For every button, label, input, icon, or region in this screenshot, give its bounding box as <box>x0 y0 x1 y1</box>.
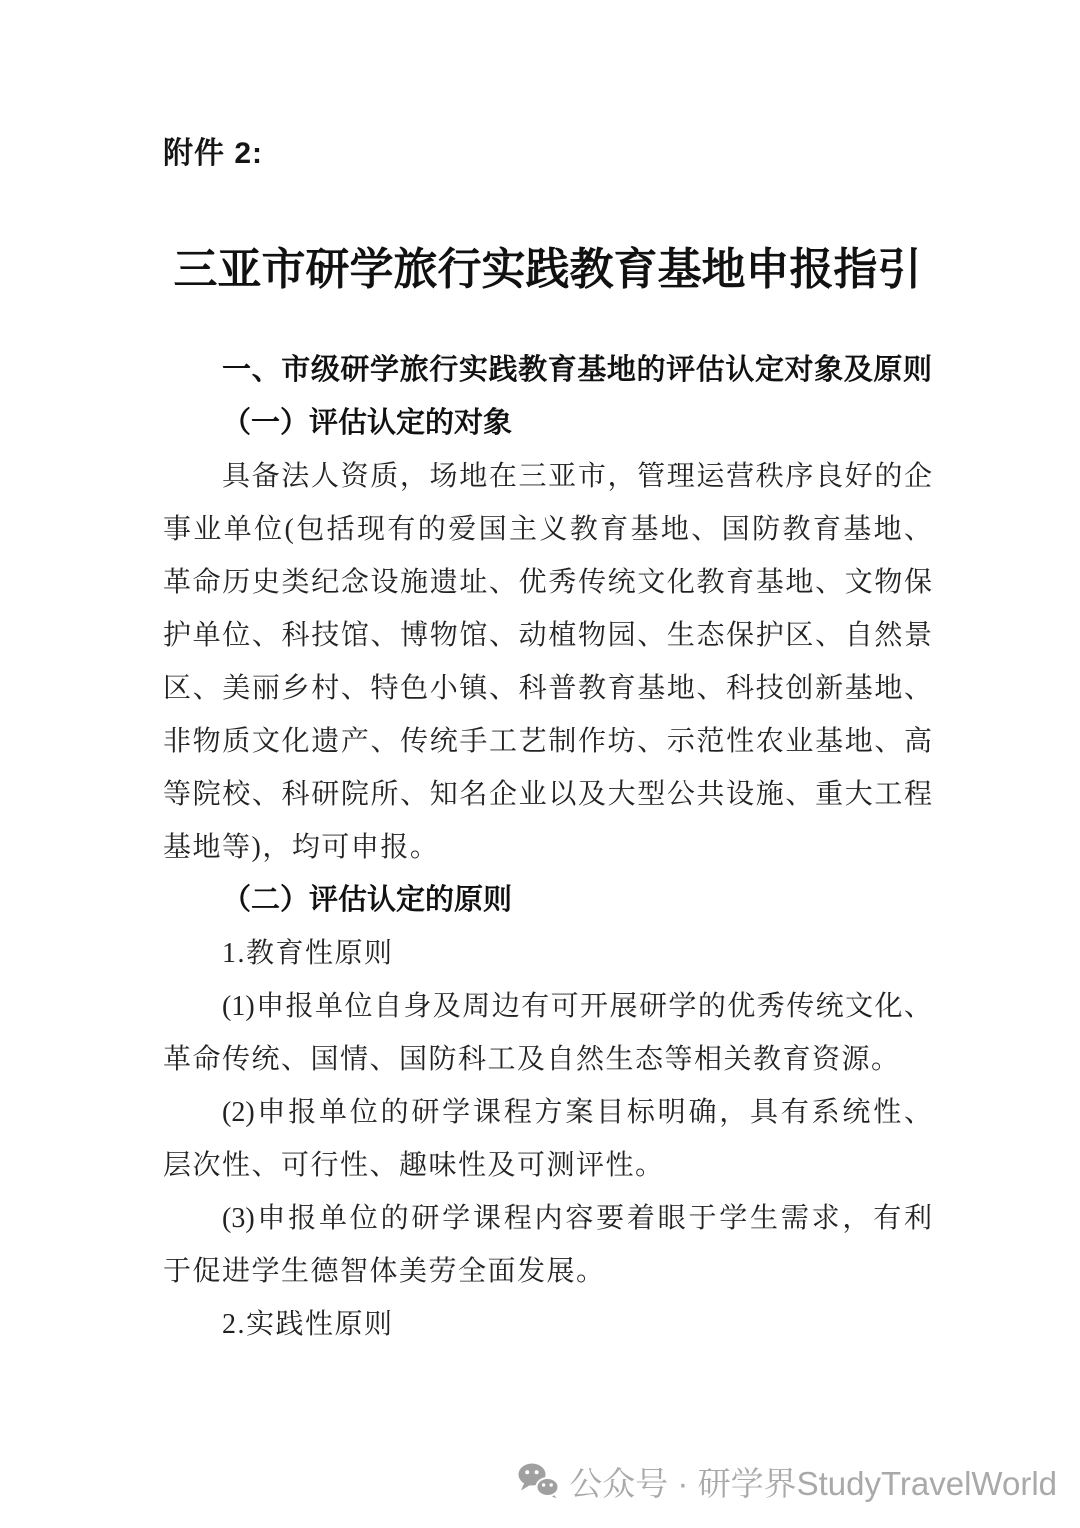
page-title: 三亚市研学旅行实践教育基地申报指引 <box>163 242 932 298</box>
text-line: （二）评估认定的原则 <box>163 874 932 927</box>
text-line: (2)申报单位的研学课程方案目标明确，具有系统性、 <box>163 1086 932 1139</box>
text-line: 事业单位(包括现有的爱国主义教育基地、国防教育基地、 <box>163 503 932 556</box>
text-line: (3)申报单位的研学课程内容要着眼于学生需求，有利 <box>163 1192 932 1245</box>
text-line: 2.实践性原则 <box>163 1298 932 1351</box>
watermark-text: 公众号 · 研学界StudyTravelWorld <box>569 1458 1057 1505</box>
document-page: 附件 2: 三亚市研学旅行实践教育基地申报指引 一、市级研学旅行实践教育基地的评… <box>0 0 1080 1528</box>
document-body: 一、市级研学旅行实践教育基地的评估认定对象及原则（一）评估认定的对象具备法人资质… <box>163 344 932 1351</box>
watermark: 公众号 · 研学界StudyTravelWorld <box>518 1458 1057 1504</box>
text-line: 具备法人资质，场地在三亚市，管理运营秩序良好的企 <box>163 450 932 503</box>
text-line: 区、美丽乡村、特色小镇、科普教育基地、科技创新基地、 <box>163 662 932 715</box>
text-line: (1)申报单位自身及周边有可开展研学的优秀传统文化、 <box>163 980 932 1033</box>
text-line: 等院校、科研院所、知名企业以及大型公共设施、重大工程 <box>163 768 932 821</box>
text-line: 革命传统、国情、国防科工及自然生态等相关教育资源。 <box>163 1033 932 1086</box>
attachment-label: 附件 2: <box>163 134 263 174</box>
text-line: 于促进学生德智体美劳全面发展。 <box>163 1245 932 1298</box>
text-line: 一、市级研学旅行实践教育基地的评估认定对象及原则 <box>163 344 932 397</box>
text-line: 革命历史类纪念设施遗址、优秀传统文化教育基地、文物保 <box>163 556 932 609</box>
text-line: 非物质文化遗产、传统手工艺制作坊、示范性农业基地、高 <box>163 715 932 768</box>
text-line: 基地等)，均可申报。 <box>163 821 932 874</box>
wechat-icon <box>518 1463 560 1506</box>
text-line: （一）评估认定的对象 <box>163 397 932 450</box>
text-line: 层次性、可行性、趣味性及可测评性。 <box>163 1139 932 1192</box>
text-line: 护单位、科技馆、博物馆、动植物园、生态保护区、自然景 <box>163 609 932 662</box>
text-line: 1.教育性原则 <box>163 927 932 980</box>
